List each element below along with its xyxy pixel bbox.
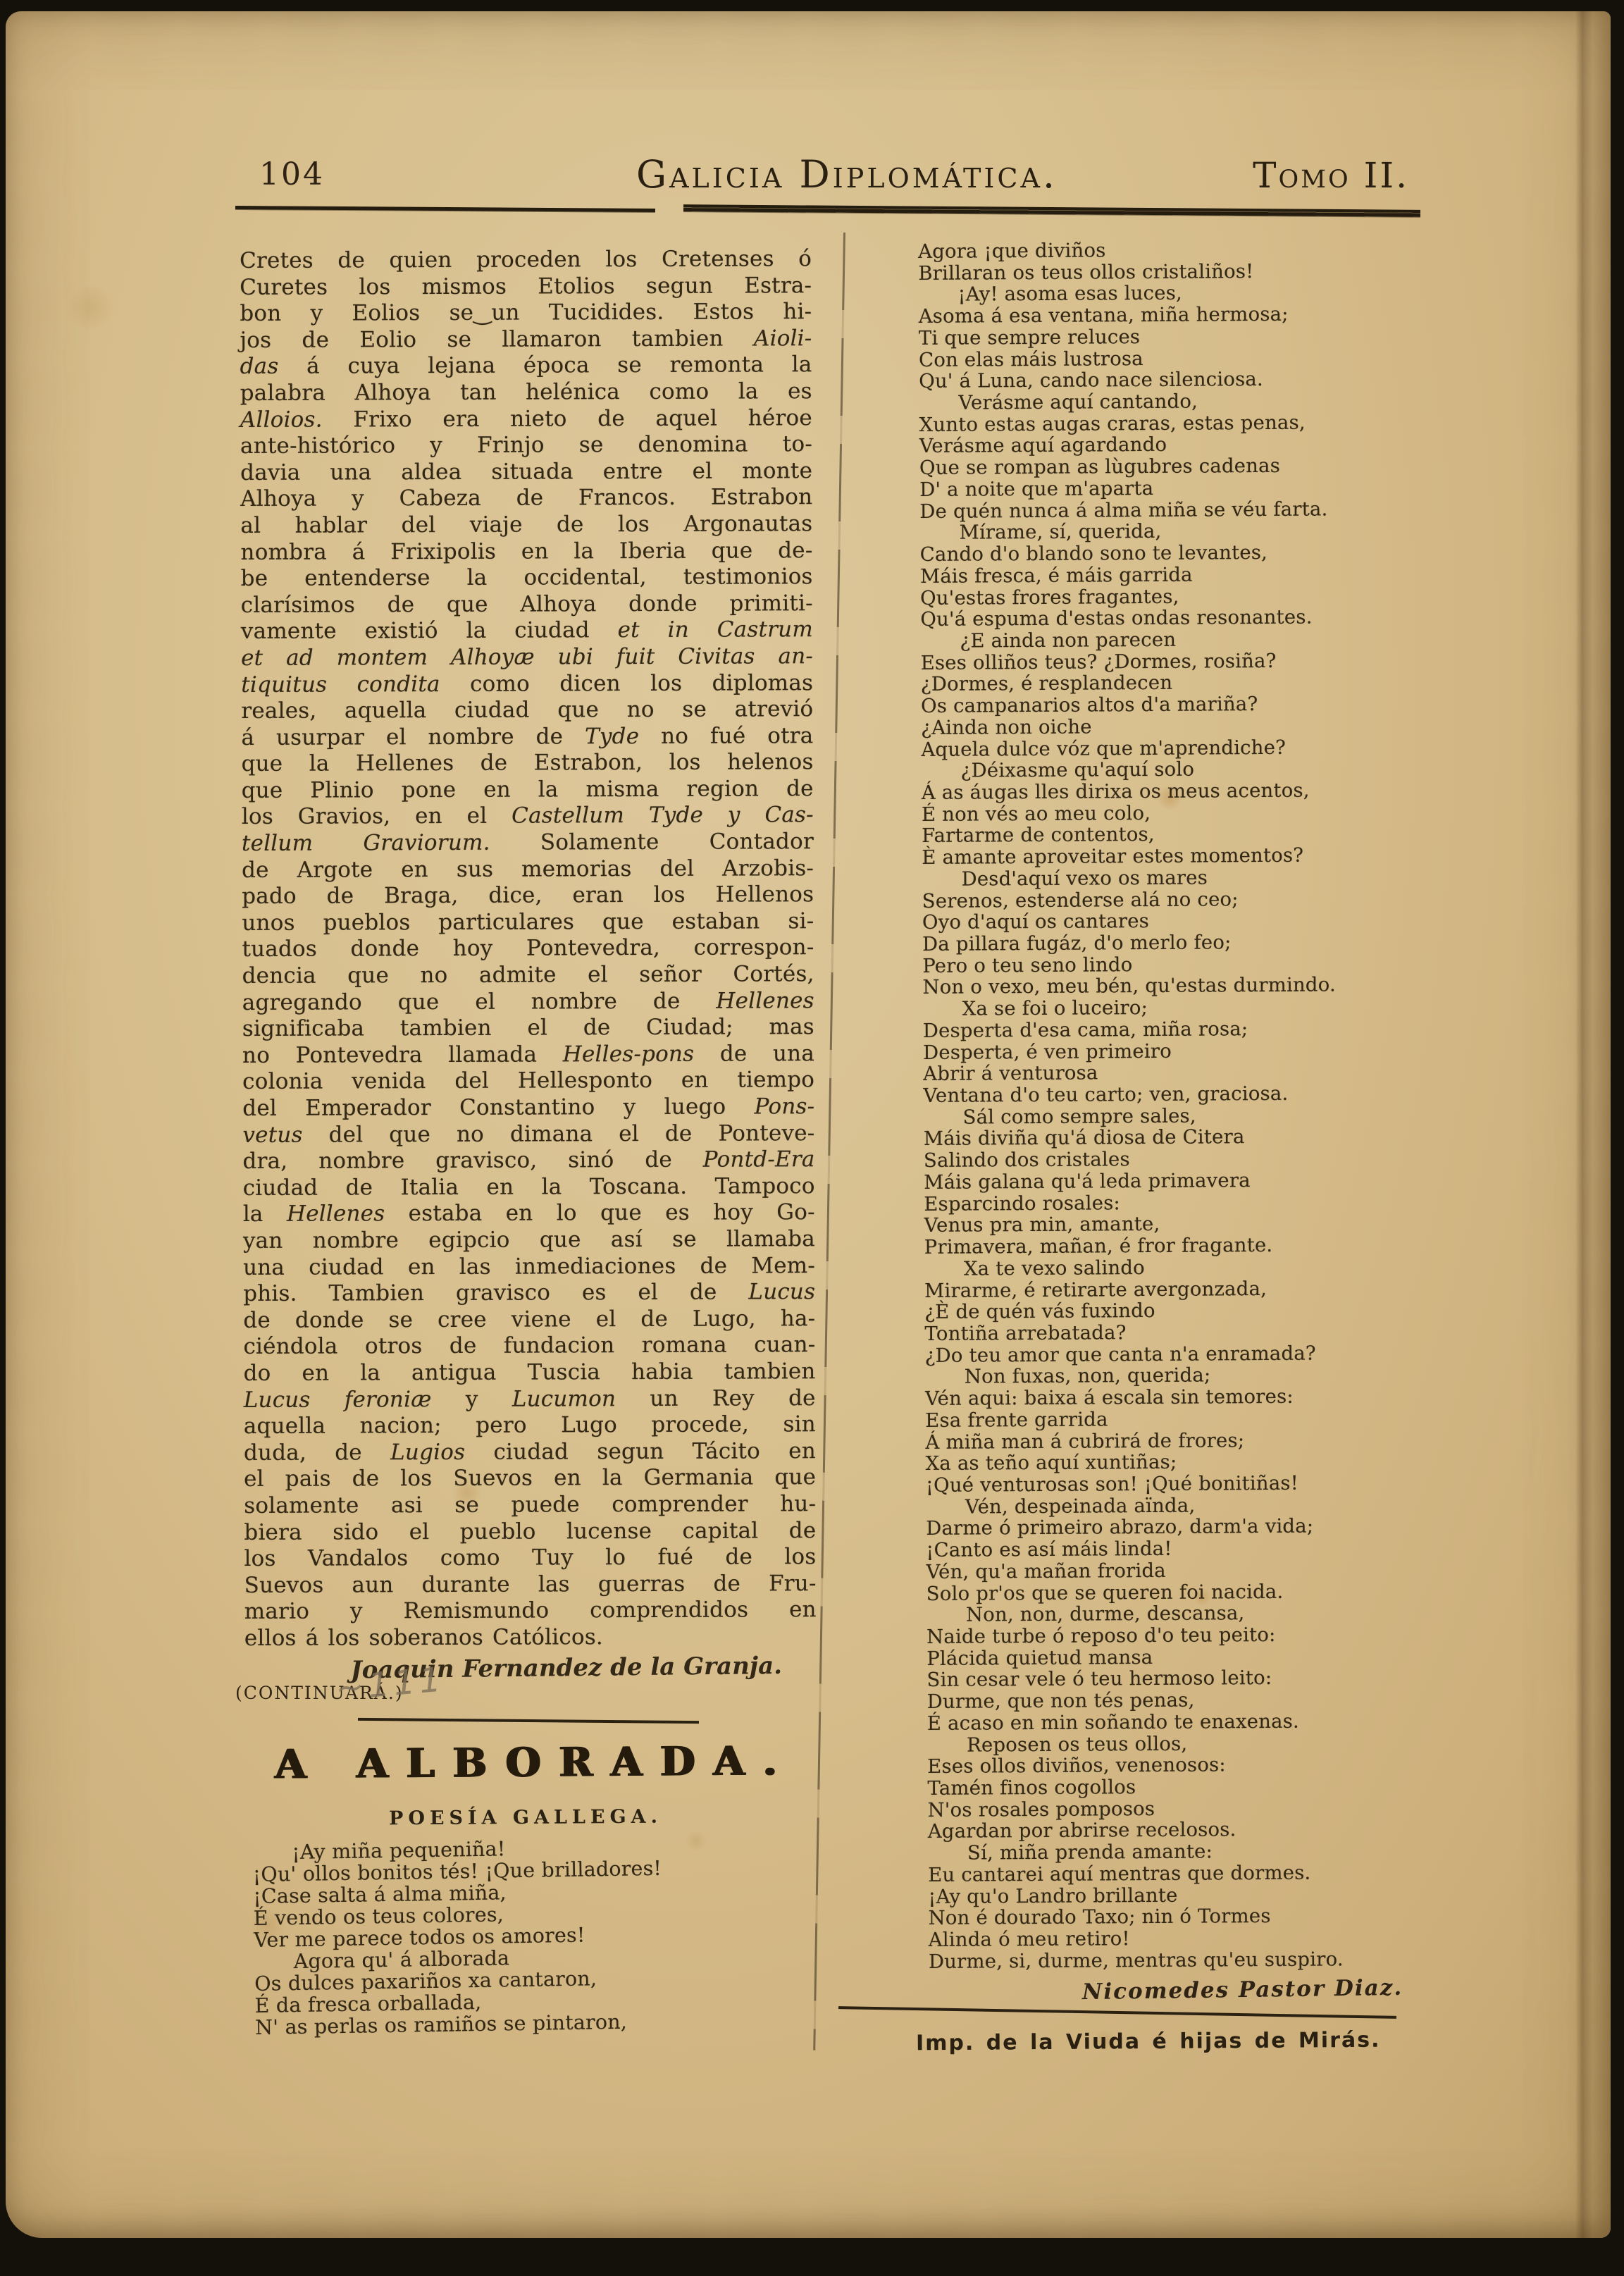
article-line: yan nombre egipcio que así se llamaba <box>243 1226 815 1254</box>
poem-line: È amante aproveitar estes momentos? <box>922 843 1464 868</box>
article-line: Lucus feroniæ y Lucumon un Rey de <box>244 1385 816 1414</box>
article-line: dra, nombre gravisco, sinó de Pontd-Era <box>242 1146 814 1175</box>
poem-line: Máis diviña qu'á diosa de Citera <box>924 1125 1466 1150</box>
poem-line: Non, non, durme, descansa, <box>926 1602 1469 1626</box>
article-line: de Argote en sus memorias del Arzobis- <box>242 855 814 884</box>
poem-line: Mirarme, é retirarte avergonzada, <box>924 1277 1467 1301</box>
poem-line: Con elas máis lustrosa <box>919 346 1461 371</box>
poem-line: Xa as teño aquí xuntiñas; <box>926 1450 1468 1475</box>
article-line: bon y Eolios se‿un Tucidides. Estos hi- <box>240 299 812 327</box>
poem-line: ¡Qué venturosas son! ¡Qué bonitiñas! <box>926 1471 1468 1496</box>
poem-line: Á as áugas lles dirixa os meus acentos, <box>922 779 1464 803</box>
poem-line: Que se rompan as lùgubres cadenas <box>919 454 1462 478</box>
article-line: Suevos aun durante las guerras de Fru- <box>244 1571 817 1599</box>
poem-line: Brillaran os teus ollos cristaliños! <box>918 259 1461 284</box>
poem-left-column: ¡Ay miña pequeniña!¡Qu' ollos bonitos té… <box>252 1833 812 2039</box>
article-line: al hablar del viaje de los Argonautas <box>240 511 812 539</box>
poem-line: Qu' á Luna, cando nace silenciosa. <box>919 368 1461 392</box>
poem-line: De quén nunca á alma miña se véu farta. <box>919 497 1462 522</box>
article-line: ciéndola otros de fundacion romana cuan- <box>243 1332 815 1361</box>
poem-line: Mírame, sí, querida, <box>919 519 1462 544</box>
article-line: Alloios. Frixo era nieto de aquel héroe <box>240 405 812 433</box>
article-line: que la Hellenes de Estrabon, los helenos <box>241 749 813 777</box>
poem-line: Esa frente garrida <box>925 1406 1468 1431</box>
poem-line: Máis fresca, é máis garrida <box>920 562 1463 587</box>
poem-line: Máis galana qu'á leda primavera <box>924 1168 1466 1193</box>
article-author-signature: Joaquin Fernandez de la Granja. <box>240 1652 782 1686</box>
poem-line: Agardan por abrirse recelosos. <box>928 1818 1470 1843</box>
article-line: vamente existió la ciudad et in Castrum <box>241 617 813 645</box>
article-line: unos pueblos particulares que estaban si… <box>242 908 814 936</box>
poem-line: Reposen os teus ollos, <box>927 1731 1470 1756</box>
scanned-page: { "header": { "page_number": "104", "jou… <box>0 0 1624 2276</box>
article-line: do en la antigua Tuscia habia tambien <box>244 1359 816 1387</box>
article-line: que Plinio pone en la misma region de <box>242 776 814 804</box>
poem-line: ¿E ainda non parecen <box>920 627 1463 652</box>
poem-line: Xunto estas augas craras, estas penas, <box>919 411 1462 435</box>
article-line: pado de Braga, dice, eran los Hellenos <box>242 882 814 910</box>
article-line: mario y Remismundo comprendidos en <box>244 1597 817 1625</box>
poem-line: Sál como sempre sales, <box>924 1103 1466 1128</box>
imprint-line: Imp. de la Viuda é hijas de Mirás. <box>916 2028 1381 2056</box>
poem-line: Eses olliños teus? ¿Dormes, rosiña? <box>921 649 1463 674</box>
poem-line: Vén aqui: baixa á escala sin temores: <box>925 1385 1468 1409</box>
poem-line: É acaso en min soñando te enaxenas. <box>927 1709 1470 1734</box>
poem-line: Tontiña arrebatada? <box>924 1320 1467 1344</box>
header-rule-left <box>235 206 655 212</box>
poem-line: Eu cantarei aquí mentras que dormes. <box>928 1861 1470 1886</box>
poem-line: Vén, despeinada aïnda, <box>926 1493 1468 1518</box>
poem-line: ¡Ay qu'o Landro brillante <box>928 1883 1470 1907</box>
article-line: nombra á Frixipolis en la Iberia que de- <box>240 538 812 566</box>
poem-line: Desperta d'esa cama, miña rosa; <box>923 1017 1465 1041</box>
poem-line: Abrir á venturosa <box>923 1060 1465 1085</box>
poem-line: Agora ¡que diviños <box>918 237 1461 262</box>
article-line: clarísimos de que Alhoya donde primiti- <box>241 590 813 619</box>
article-line: tiquitus condita como dicen los diplomas <box>241 670 813 698</box>
poem-line: Non fuxas, non, querida; <box>925 1363 1468 1388</box>
article-line: Cretes de quien proceden los Cretenses ó <box>240 246 812 274</box>
poem-line: Desperta, é ven primeiro <box>923 1039 1465 1063</box>
article-line: biera sido el pueblo lucense capital de <box>244 1518 816 1546</box>
article-line: el pais de los Suevos en la Germania que <box>244 1464 816 1492</box>
poem-line: N'os rosales pomposos <box>928 1796 1470 1821</box>
poem-line: Fartarme de contentos, <box>922 822 1464 847</box>
poem-line: ¿Dormes, é resplandecen <box>921 671 1463 695</box>
article-line: Alhoya y Cabeza de Francos. Estrabon <box>240 485 812 513</box>
poem-line: Durme, si, durme, mentras qu'eu suspiro. <box>929 1948 1471 1972</box>
poem-line: Verásme aquí agardando <box>919 433 1462 457</box>
article-line: ante-histórico y Frinjo se denomina to- <box>240 431 812 459</box>
poem-line: Oyo d'aquí os cantares <box>922 909 1465 934</box>
poem-line: Verásme aquí cantando, <box>919 389 1461 414</box>
article-line: á usurpar el nombre de Tyde no fué otra <box>241 723 813 751</box>
article-line: davia una aldea situada entre el monte <box>240 458 812 486</box>
poem-subtitle: POESÍA GALLEGA. <box>240 1805 812 1831</box>
poem-right-column: Agora ¡que diviñosBrillaran os teus ollo… <box>918 237 1471 1972</box>
poem-line: Tamén finos cogollos <box>927 1774 1470 1799</box>
article-line: de donde se cree viene el de Lugo, ha- <box>243 1306 815 1334</box>
article-line: ellos á los soberanos Católicos. <box>244 1623 817 1652</box>
article-line: et ad montem Alhoyæ ubi fuit Civitas an- <box>241 643 813 672</box>
poet-signature: Nicomedes Pastor Diaz. <box>1082 1975 1403 2005</box>
poem-line: ¡Ay! asoma esas luces, <box>918 281 1461 306</box>
poem-line: Da pillara fugáz, d'o merlo feo; <box>922 930 1465 955</box>
poem-line: Solo pr'os que se queren foi nacida. <box>926 1580 1469 1604</box>
poem-line: Ti que sempre reluces <box>919 324 1461 349</box>
article-line: reales, aquella ciudad que no se atrevió <box>241 696 813 724</box>
poem-line: Venus pra min, amante, <box>924 1212 1466 1237</box>
poem-line: Eses ollos diviños, venenosos: <box>927 1753 1470 1778</box>
article-line: be entenderse la occidental, testimonios <box>241 564 813 592</box>
poem-line: Desd'aquí vexo os mares <box>922 865 1464 890</box>
poem-line: Serenos, estenderse alá no ceo; <box>922 887 1465 912</box>
article-line: phis. Tambien gravisco es el de Lucus <box>243 1279 815 1307</box>
poem-line: É non vés ao meu colo, <box>922 800 1464 825</box>
poem-line: Salindo dos cristales <box>924 1146 1466 1171</box>
article-line: una ciudad en las inmediaciones de Mem- <box>243 1253 815 1281</box>
poem-line: ¿È de quén vás fuxindo <box>924 1298 1467 1323</box>
poem-line: Qu'estas frores fragantes, <box>920 584 1463 609</box>
volume-label: Tomo II. <box>1253 155 1409 196</box>
article-line: agregando que el nombre de Hellenes <box>242 988 814 1016</box>
article-line: jos de Eolio se llamaron tambien Aioli- <box>240 326 812 354</box>
poem-line: Alinda ó meu retiro! <box>929 1926 1471 1950</box>
imprint-rule <box>838 2006 1396 2019</box>
newspaper-page: 104 Galicia Diplomática. Tomo II. Cretes… <box>6 11 1611 2238</box>
poem-line: Naide turbe ó reposo d'o teu peito: <box>926 1623 1469 1647</box>
article-line: palabra Alhoya tan helénica como la es <box>240 378 812 407</box>
poem-line: Qu'á espuma d'estas ondas resonantes. <box>920 606 1463 631</box>
poem-line: Ventana d'o teu carto; ven, graciosa. <box>923 1082 1465 1106</box>
article-column: Cretes de quien proceden los Cretenses ó… <box>240 246 817 1652</box>
poem-line: Non é dourado Taxo; nin ó Tormes <box>928 1905 1470 1929</box>
article-line: significaba tambien el de Ciudad; mas <box>242 1014 814 1042</box>
poem-line: Primavera, mañan, é fror fragante. <box>924 1233 1467 1258</box>
poem-line: Xa se foi o luceiro; <box>923 995 1465 1020</box>
poem-line: Sí, miña prenda amante: <box>928 1839 1470 1864</box>
handwritten-annotation: ~111 <box>334 1659 447 1708</box>
article-line: tellum Graviorum. Solamente Contador <box>242 829 814 857</box>
article-line: colonia venida del Hellesponto en tiempo <box>242 1068 814 1096</box>
article-line: dencia que no admite el señor Cortés, <box>242 961 814 989</box>
article-line: tuados donde hoy Pontevedra, correspon- <box>242 935 814 963</box>
section-separator-rule <box>358 1718 699 1724</box>
article-line: vetus del que no dimana el de Ponteve- <box>242 1120 814 1149</box>
poem-line: ¡Canto es así máis linda! <box>926 1536 1468 1561</box>
poem-line: Plácida quietud mansa <box>926 1645 1469 1669</box>
poem-line: ¿Déixasme qu'aquí solo <box>922 757 1464 782</box>
poem-line: ¿Do teu amor que canta n'a enramada? <box>925 1342 1468 1366</box>
poem-line: D' a noite que m'aparta <box>919 476 1462 500</box>
poem-line: Os campanarios altos d'a mariña? <box>921 692 1463 717</box>
article-line: ciudad de Italia en la Toscana. Tampoco <box>243 1173 815 1201</box>
poem-line: Aquela dulce vóz que m'aprendiche? <box>921 736 1463 760</box>
poem-line: Xa te vexo salindo <box>924 1255 1467 1280</box>
poem-line: ¿Ainda non oiche <box>921 714 1463 738</box>
poem-line: Pero o teu seno lindo <box>922 952 1465 977</box>
poem-line: Darme ó primeiro abrazo, darm'a vida; <box>926 1515 1468 1540</box>
poem-title: A ALBORADA. <box>240 1737 812 1788</box>
article-line: los Gravios, en el Castellum Tyde y Cas- <box>242 803 814 831</box>
article-line: duda, de Lugios ciudad segun Tácito en <box>244 1438 816 1466</box>
article-line: das á cuya lejana época se remonta la <box>240 352 812 381</box>
article-line: Curetes los mismos Etolios segun Estra- <box>240 273 812 301</box>
header-rule-right <box>683 204 1420 217</box>
poem-line: Durme, que non tés penas, <box>927 1688 1470 1712</box>
poem-line: Sin cesar vele ó teu hermoso leito: <box>926 1666 1469 1691</box>
article-line: solamente asi se puede comprender hu- <box>244 1491 816 1519</box>
column-divider <box>813 233 845 2051</box>
article-line: la Hellenes estaba en lo que es hoy Go- <box>243 1200 815 1228</box>
poem-line: Cando d'o blando sono te levantes, <box>920 540 1463 565</box>
article-line: del Emperador Constantino y luego Pons- <box>242 1094 814 1122</box>
poem-line: Á miña man á cubrirá de frores; <box>925 1428 1468 1453</box>
article-line: los Vandalos como Tuy lo fué de los <box>244 1544 816 1572</box>
article-line: no Pontevedra llamada Helles-pons de una <box>242 1041 814 1069</box>
article-line: aquella nacion; pero Lugo procede, sin <box>244 1411 816 1440</box>
poem-line: Vén, qu'a mañan frorida <box>926 1558 1468 1583</box>
poem-line: Esparcindo rosales: <box>924 1190 1466 1215</box>
poem-line: Asoma á esa ventana, miña hermosa; <box>919 302 1461 327</box>
poem-line: Non o vexo, meu bén, qu'estas durmindo. <box>922 974 1465 998</box>
